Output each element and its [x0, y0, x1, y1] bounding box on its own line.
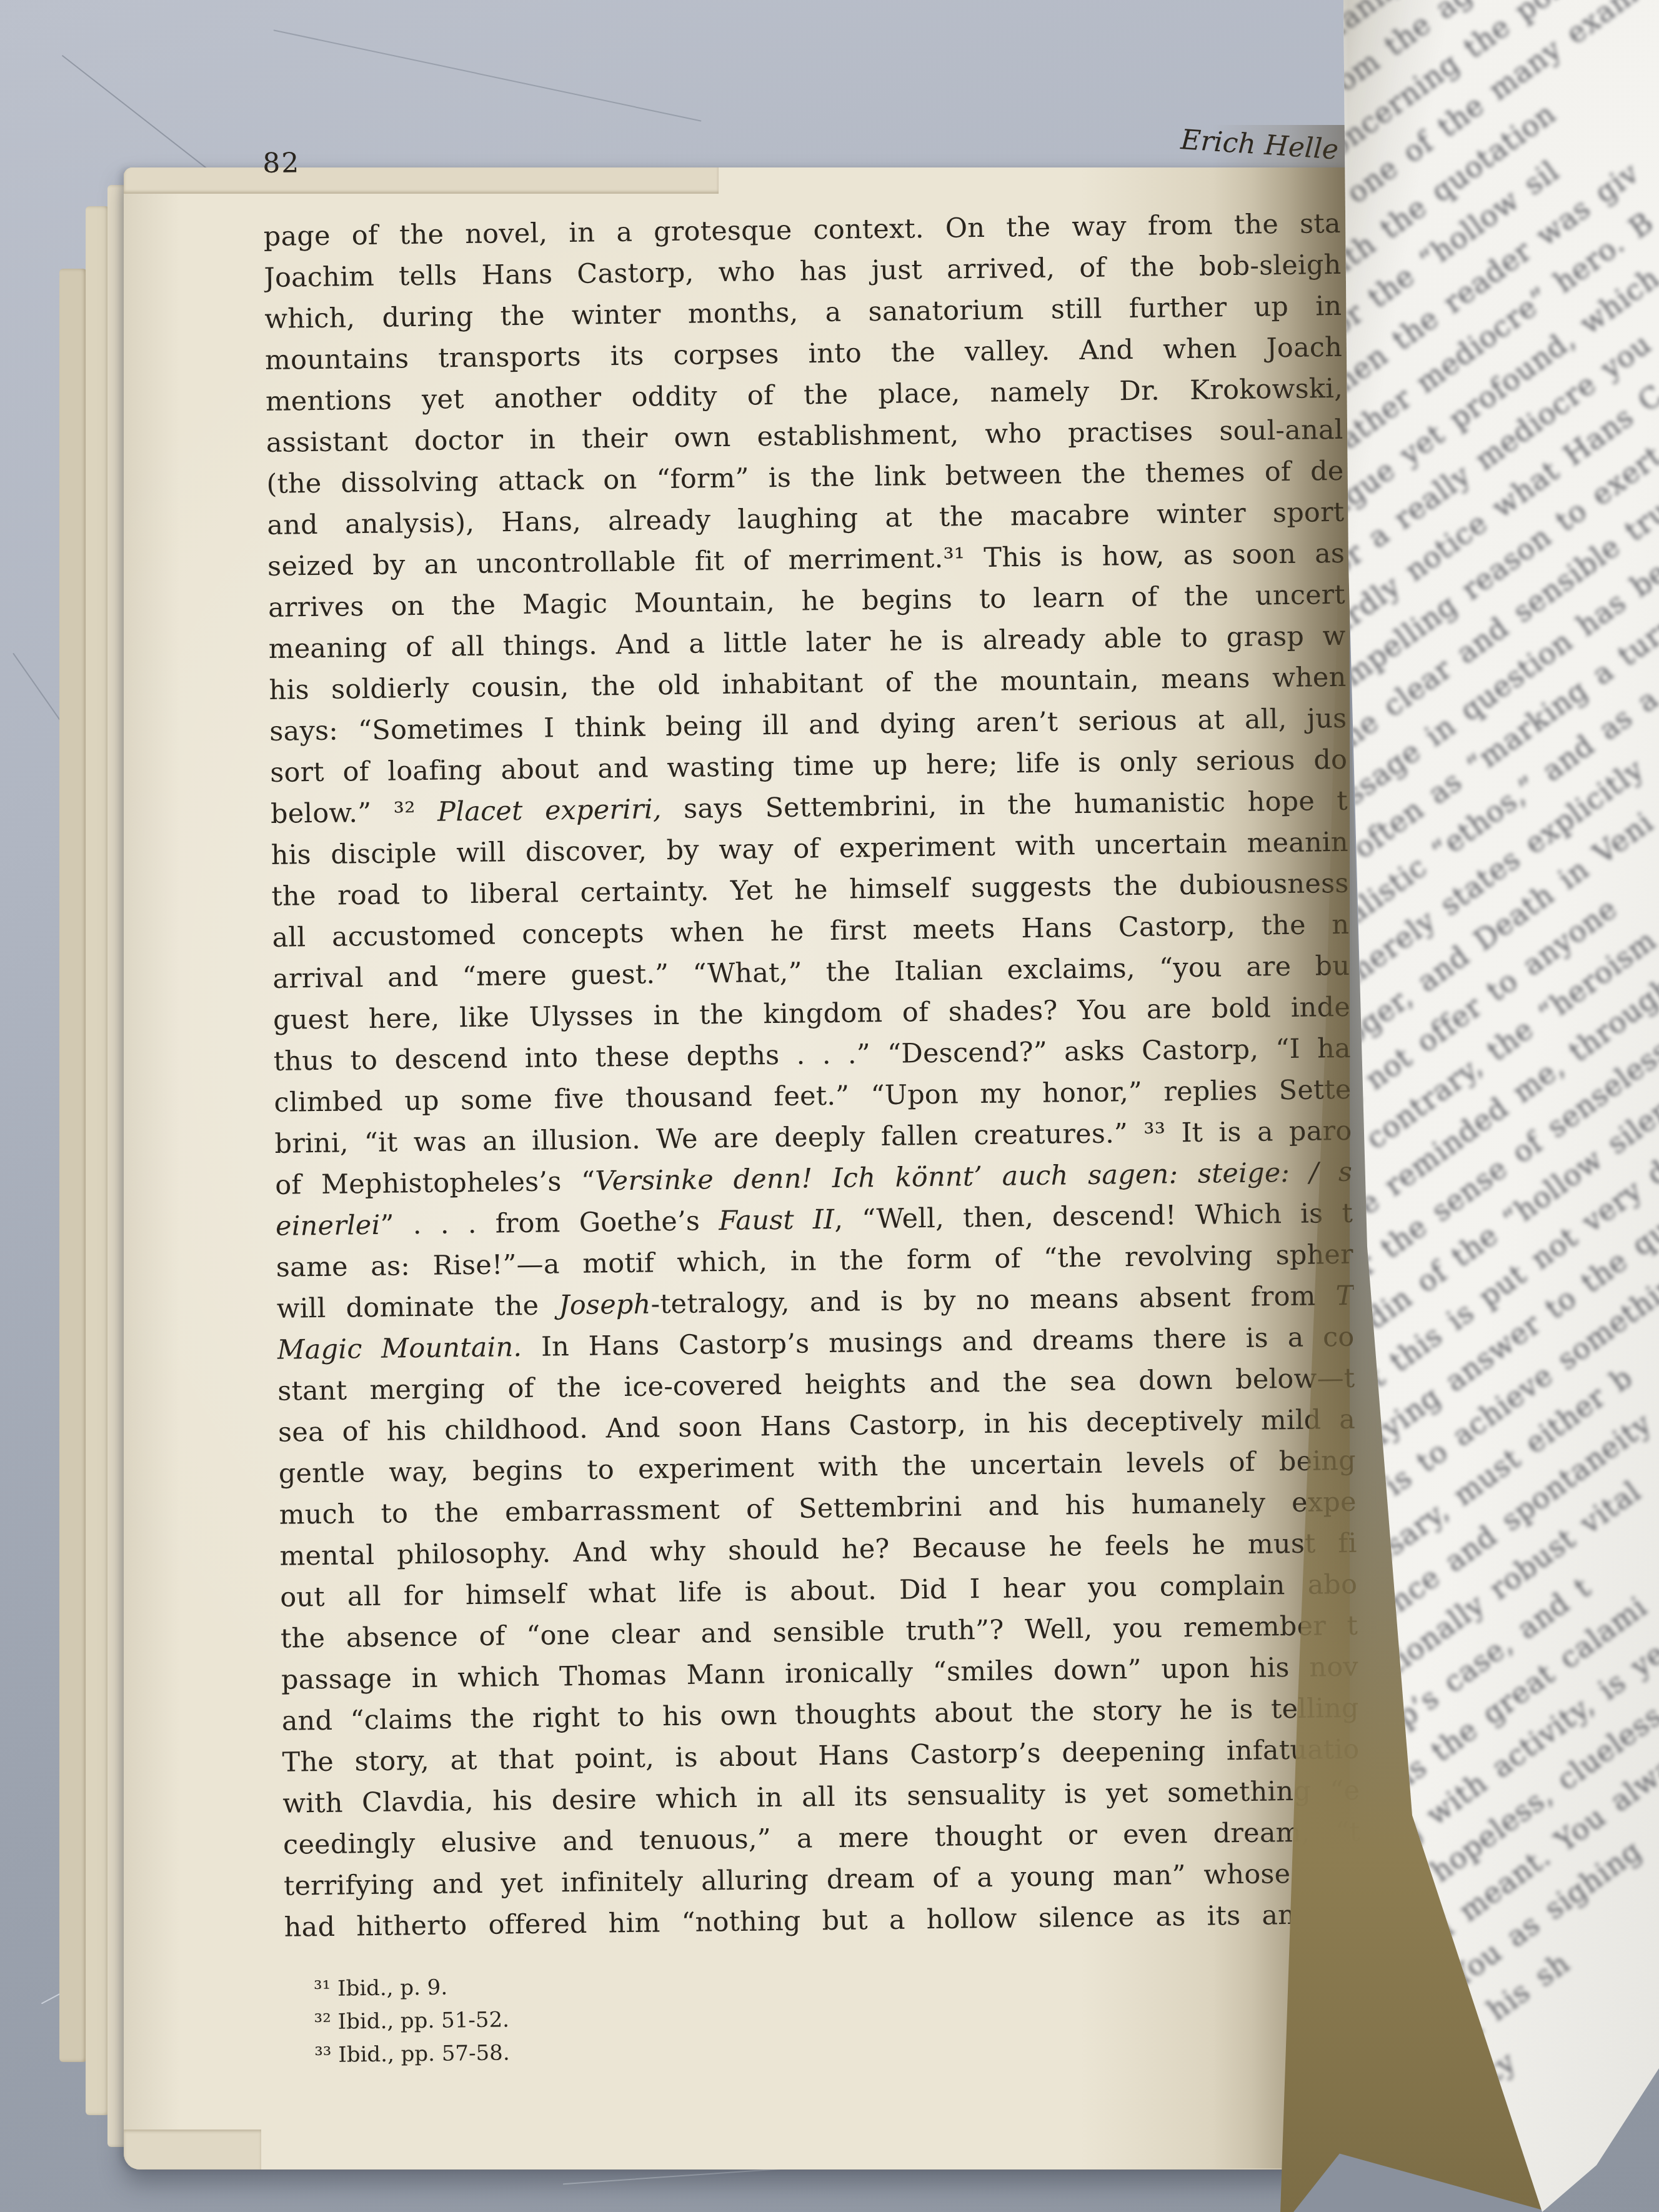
page-edge: [86, 206, 109, 2115]
page-edge-step: [124, 2130, 261, 2170]
page-number: 82: [262, 147, 301, 179]
scratch-mark: [273, 29, 701, 121]
page-edge: [59, 269, 87, 2062]
photo-open-book: { "colors": { "surface": "#a9b0bc", "pap…: [0, 0, 1659, 2212]
footnotes: ³¹ Ibid., p. 9.³² Ibid., pp. 51-52.³³ Ib…: [314, 1960, 1363, 2072]
left-page-text: 82 Erich Helle page of the novel, in a g…: [262, 134, 1363, 2073]
body-text: page of the novel, in a grotesque contex…: [263, 203, 1362, 1948]
